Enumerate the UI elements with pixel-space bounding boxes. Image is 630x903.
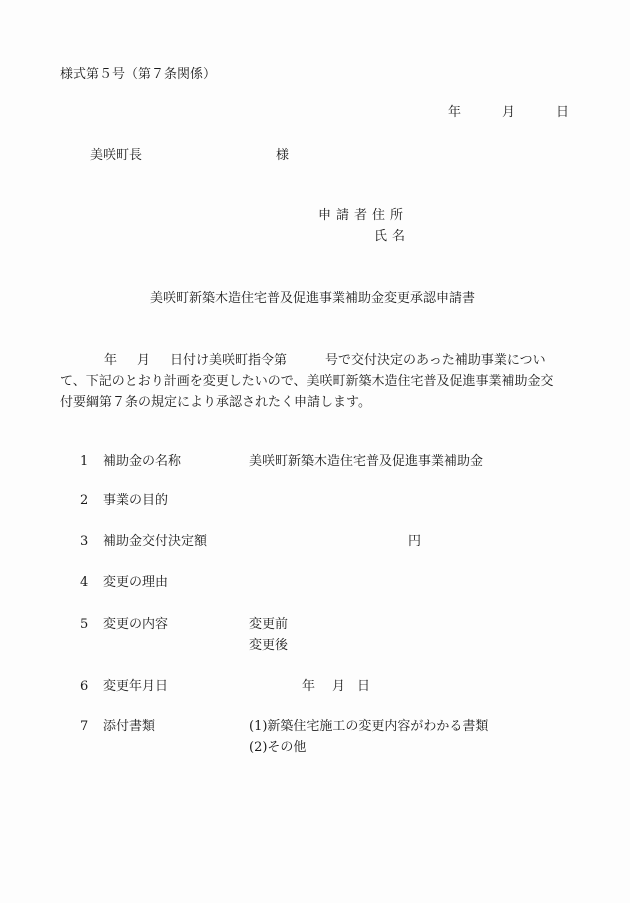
date-month: 月 [502, 106, 515, 119]
addressee-name: 美咲町長 [90, 149, 142, 162]
item-value: 円 [408, 535, 421, 548]
item-label: 変更の内容 [103, 618, 168, 631]
date-year: 年 [448, 106, 461, 119]
body-paragraph: 年月日付け美咲町指令第号で交付決定のあった補助事業につい て、下記のとおり計画を… [60, 350, 580, 413]
item-label: 添付書類 [103, 720, 155, 733]
item-label: 変更年月日 [103, 680, 168, 693]
applicant-address-label: 申請者住所 [318, 209, 408, 222]
item-value-before: 変更前 [249, 618, 288, 631]
form-number: 様式第５号（第７条関係） [60, 68, 216, 81]
item-label: 補助金の名称 [103, 455, 181, 468]
body-month: 月 [137, 353, 150, 368]
item-number: 3 [80, 535, 88, 548]
body-line-2: て、下記のとおり計画を変更したいので、美咲町新築木造住宅普及促進事業補助金交 [60, 371, 580, 392]
item-number: 7 [80, 720, 88, 733]
item-number: 1 [80, 455, 88, 468]
date-day: 日 [556, 106, 569, 119]
body-number-part: 号で交付決定のあった補助事業につい [325, 353, 546, 368]
item-number: 6 [80, 680, 88, 693]
item-value-after: 変更後 [249, 639, 288, 652]
item-label: 事業の目的 [103, 494, 168, 507]
addressee-honorific: 様 [276, 149, 289, 162]
item-number: 4 [80, 576, 88, 589]
item-label: 変更の理由 [103, 576, 168, 589]
item-label: 補助金交付決定額 [103, 535, 207, 548]
applicant-name-label: 氏名 [374, 230, 410, 243]
document-title: 美咲町新築木造住宅普及促進事業補助金変更承認申請書 [150, 292, 475, 305]
body-year: 年 [104, 353, 117, 368]
attachment-1: (1)新築住宅施工の変更内容がわかる書類 [249, 720, 488, 733]
item-value: 美咲町新築木造住宅普及促進事業補助金 [249, 455, 483, 468]
attachment-2: (2)その他 [249, 741, 306, 754]
item-day: 日 [357, 680, 370, 693]
item-month: 月 [332, 680, 345, 693]
body-day-part: 日付け美咲町指令第 [170, 353, 287, 368]
body-line-3: 付要綱第７条の規定により承認されたく申請します。 [60, 392, 580, 413]
item-number: 5 [80, 618, 88, 631]
item-number: 2 [80, 494, 88, 507]
item-year: 年 [302, 680, 315, 693]
